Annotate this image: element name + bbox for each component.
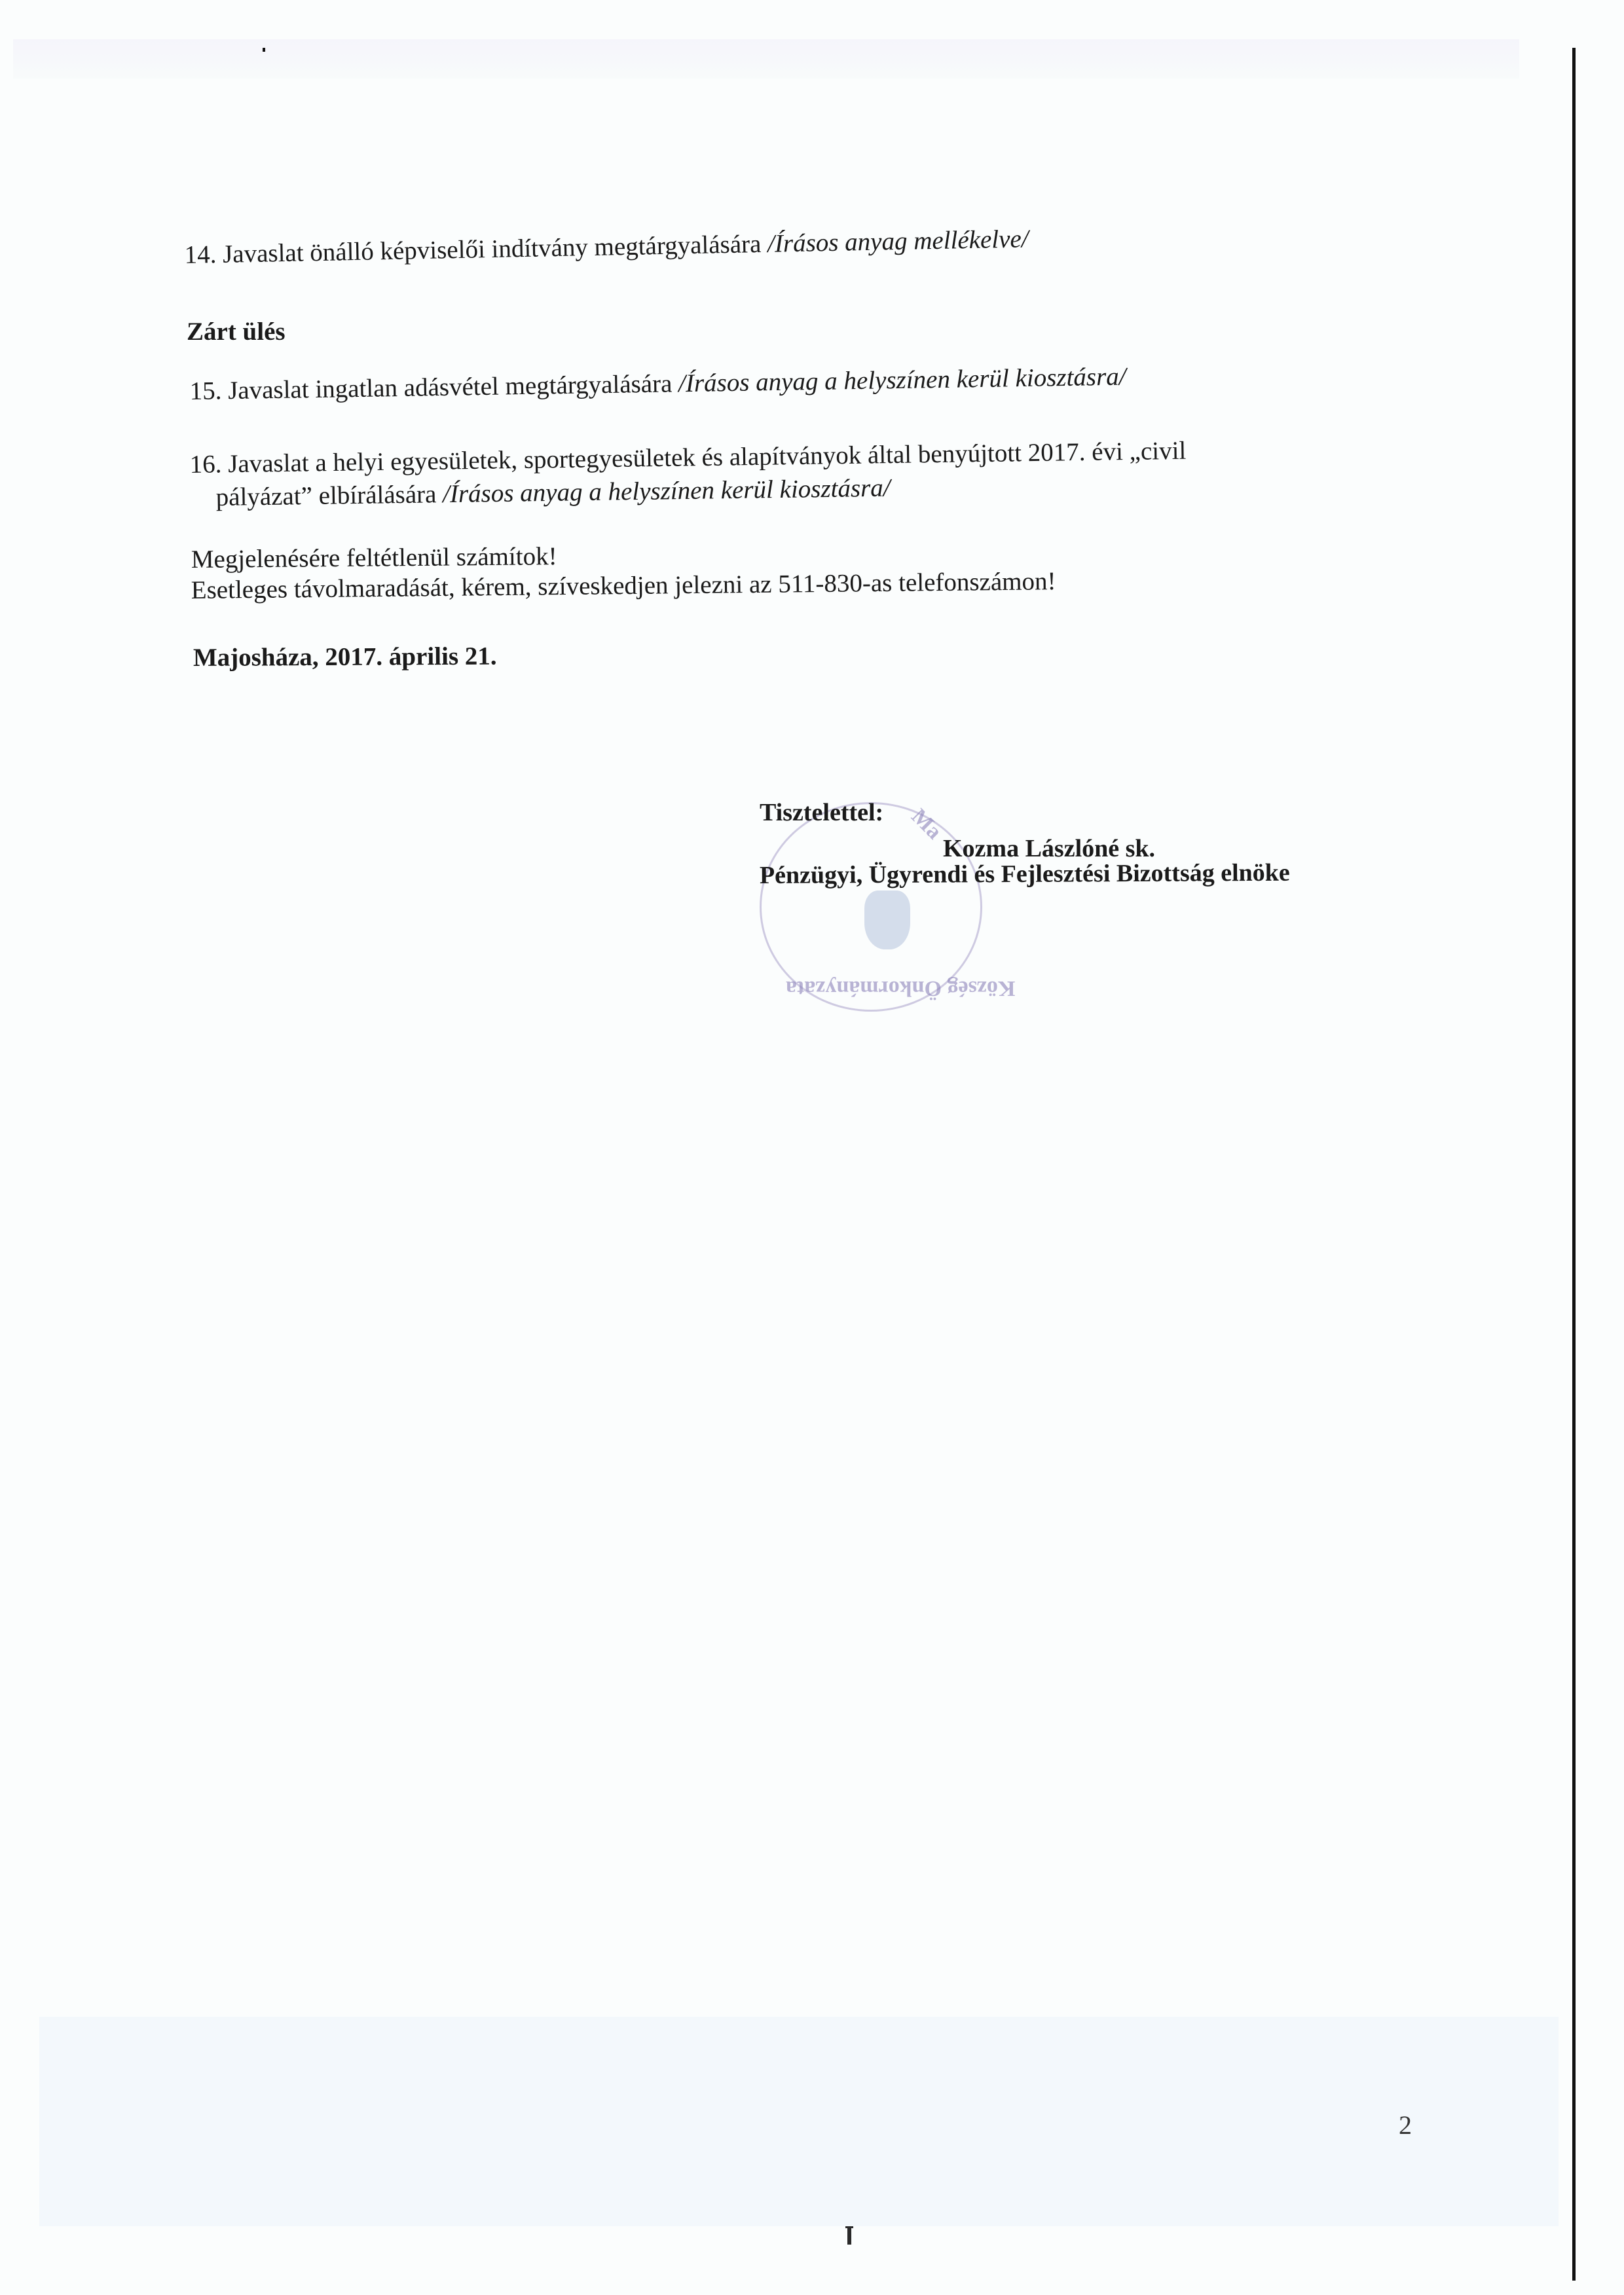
item-text: Javaslat ingatlan adásvétel megtárgyalás… — [228, 369, 673, 405]
page-edge-line — [1572, 48, 1576, 2281]
page-number: 2 — [1399, 2110, 1412, 2140]
item-note: /Írásos anyag a helyszínen kerül kiosztá… — [443, 474, 891, 509]
signature-role: Pénzügyi, Ügyrendi és Fejlesztési Bizott… — [760, 860, 1290, 888]
item-note: /Írásos anyag a helyszínen kerül kiosztá… — [678, 363, 1126, 398]
item-number: 15. — [189, 376, 221, 405]
closing-line-2: Esetleges távolmaradását, kérem, szívesk… — [191, 568, 1056, 603]
item-note: /Írásos anyag mellékelve/ — [767, 225, 1029, 258]
bottom-mark — [847, 2226, 851, 2245]
agenda-item-16-continued: pályázat” elbírálására /Írásos anyag a h… — [215, 475, 890, 510]
signature-name: Kozma Lászlóné sk. — [943, 836, 1155, 861]
item-text: Javaslat önálló képviselői indítvány meg… — [223, 230, 762, 268]
item-text: Javaslat a helyi egyesületek, sportegyes… — [228, 437, 1187, 478]
agenda-item-16: 16. Javaslat a helyi egyesületek, sporte… — [189, 438, 1186, 477]
closing-line-1: Megjelenésére feltétlenül számítok! — [191, 543, 557, 572]
agenda-item-14: 14. Javaslat önálló képviselői indítvány… — [184, 226, 1029, 268]
item-number: 14. — [184, 240, 217, 269]
signature-salutation: Tisztelettel: — [760, 800, 883, 825]
scan-dot — [263, 48, 265, 52]
item-number: 16. — [189, 450, 221, 479]
place-date: Majosháza, 2017. április 21. — [193, 644, 497, 670]
item-text: pályázat” elbírálására — [215, 480, 436, 511]
stamp-text-bottom: Község Önkormányzata — [786, 976, 1015, 1001]
scan-artifact-top — [13, 39, 1519, 79]
closed-session-heading: Zárt ülés — [187, 319, 286, 344]
scan-artifact-bottom — [39, 2017, 1559, 2226]
agenda-item-15: 15. Javaslat ingatlan adásvétel megtárgy… — [189, 364, 1126, 404]
coat-of-arms-icon — [864, 890, 910, 949]
